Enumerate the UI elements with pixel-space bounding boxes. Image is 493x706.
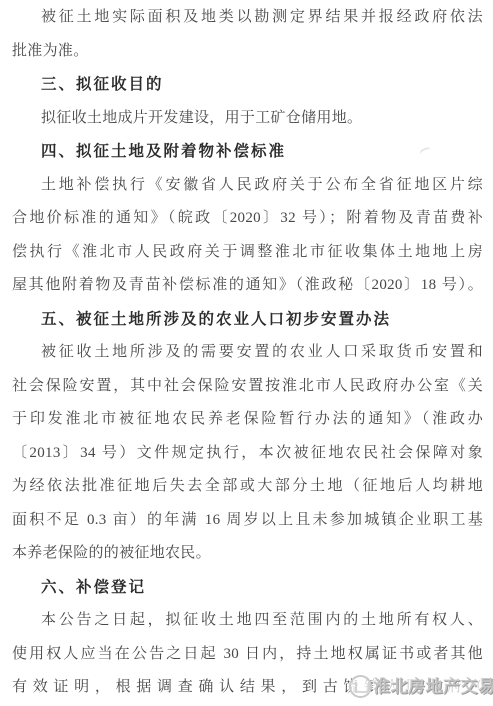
doc-line: 被征土地实际面积及地类以勘测定界结果并报经政府依法 xyxy=(12,1,483,35)
doc-line: 社会保险安置，其中社会保险安置按淮北市人民政府办公室《关 xyxy=(12,370,483,404)
doc-line: 本养老保险的的被征地农民。 xyxy=(12,537,483,571)
doc-line: 屋其他附着物及青苗补偿标准的通知》（淮政秘〔2020〕18 号）。 xyxy=(12,269,483,303)
watermark-seal-icon xyxy=(349,675,372,698)
doc-line: 偿执行《淮北市人民政府关于调整淮北市征收集体土地地上房 xyxy=(12,236,483,270)
watermark: 淮北房地产交易网 xyxy=(349,674,493,699)
doc-line: 为经依法批准征地后失去全部或大部分土地（征地后人均耕地 xyxy=(12,470,483,504)
doc-line: 土地补偿执行《安徽省人民政府关于公布全省征地区片综 xyxy=(12,169,483,203)
section-heading: 三、拟征收目的 xyxy=(12,68,483,102)
doc-line: 〔2013〕34 号）文件规定执行，本次被征地农民社会保障对象 xyxy=(12,437,483,471)
document-body: 被征土地实际面积及地类以勘测定界结果并报经政府依法批准为准。三、拟征收目的拟征收… xyxy=(12,1,483,705)
doc-line: 被征收土地所涉及的需要安置的农业人口采取货币安置和 xyxy=(12,336,483,370)
scanned-document-page: 被征土地实际面积及地类以勘测定界结果并报经政府依法批准为准。三、拟征收目的拟征收… xyxy=(0,0,493,706)
doc-line: 合地价标准的通知》（皖政〔2020〕32 号）；附着物及青苗费补 xyxy=(12,202,483,236)
doc-line: 拟征收土地成片开发建设，用于工矿仓储用地。 xyxy=(12,102,483,136)
watermark-text: 淮北房地产交易网 xyxy=(373,674,493,699)
doc-line: 使用权人应当在公告之日起 30 日内，持土地权属证书或者其他 xyxy=(12,638,483,672)
doc-line: 批准为准。 xyxy=(12,35,483,69)
section-heading: 五、被征土地所涉及的农业人口初步安置办法 xyxy=(12,303,483,337)
doc-line: 于印发淮北市被征地农民养老保险暂行办法的通知》（淮政办 xyxy=(12,403,483,437)
section-heading: 六、补偿登记 xyxy=(12,571,483,605)
doc-line: 本公告之日起，拟征收土地四至范围内的土地所有权人、 xyxy=(12,604,483,638)
doc-line: 面积不足 0.3 亩）的年满 16 周岁以上且未参加城镇企业职工基 xyxy=(12,504,483,538)
section-heading: 四、拟征土地及附着物补偿标准 xyxy=(12,135,483,169)
